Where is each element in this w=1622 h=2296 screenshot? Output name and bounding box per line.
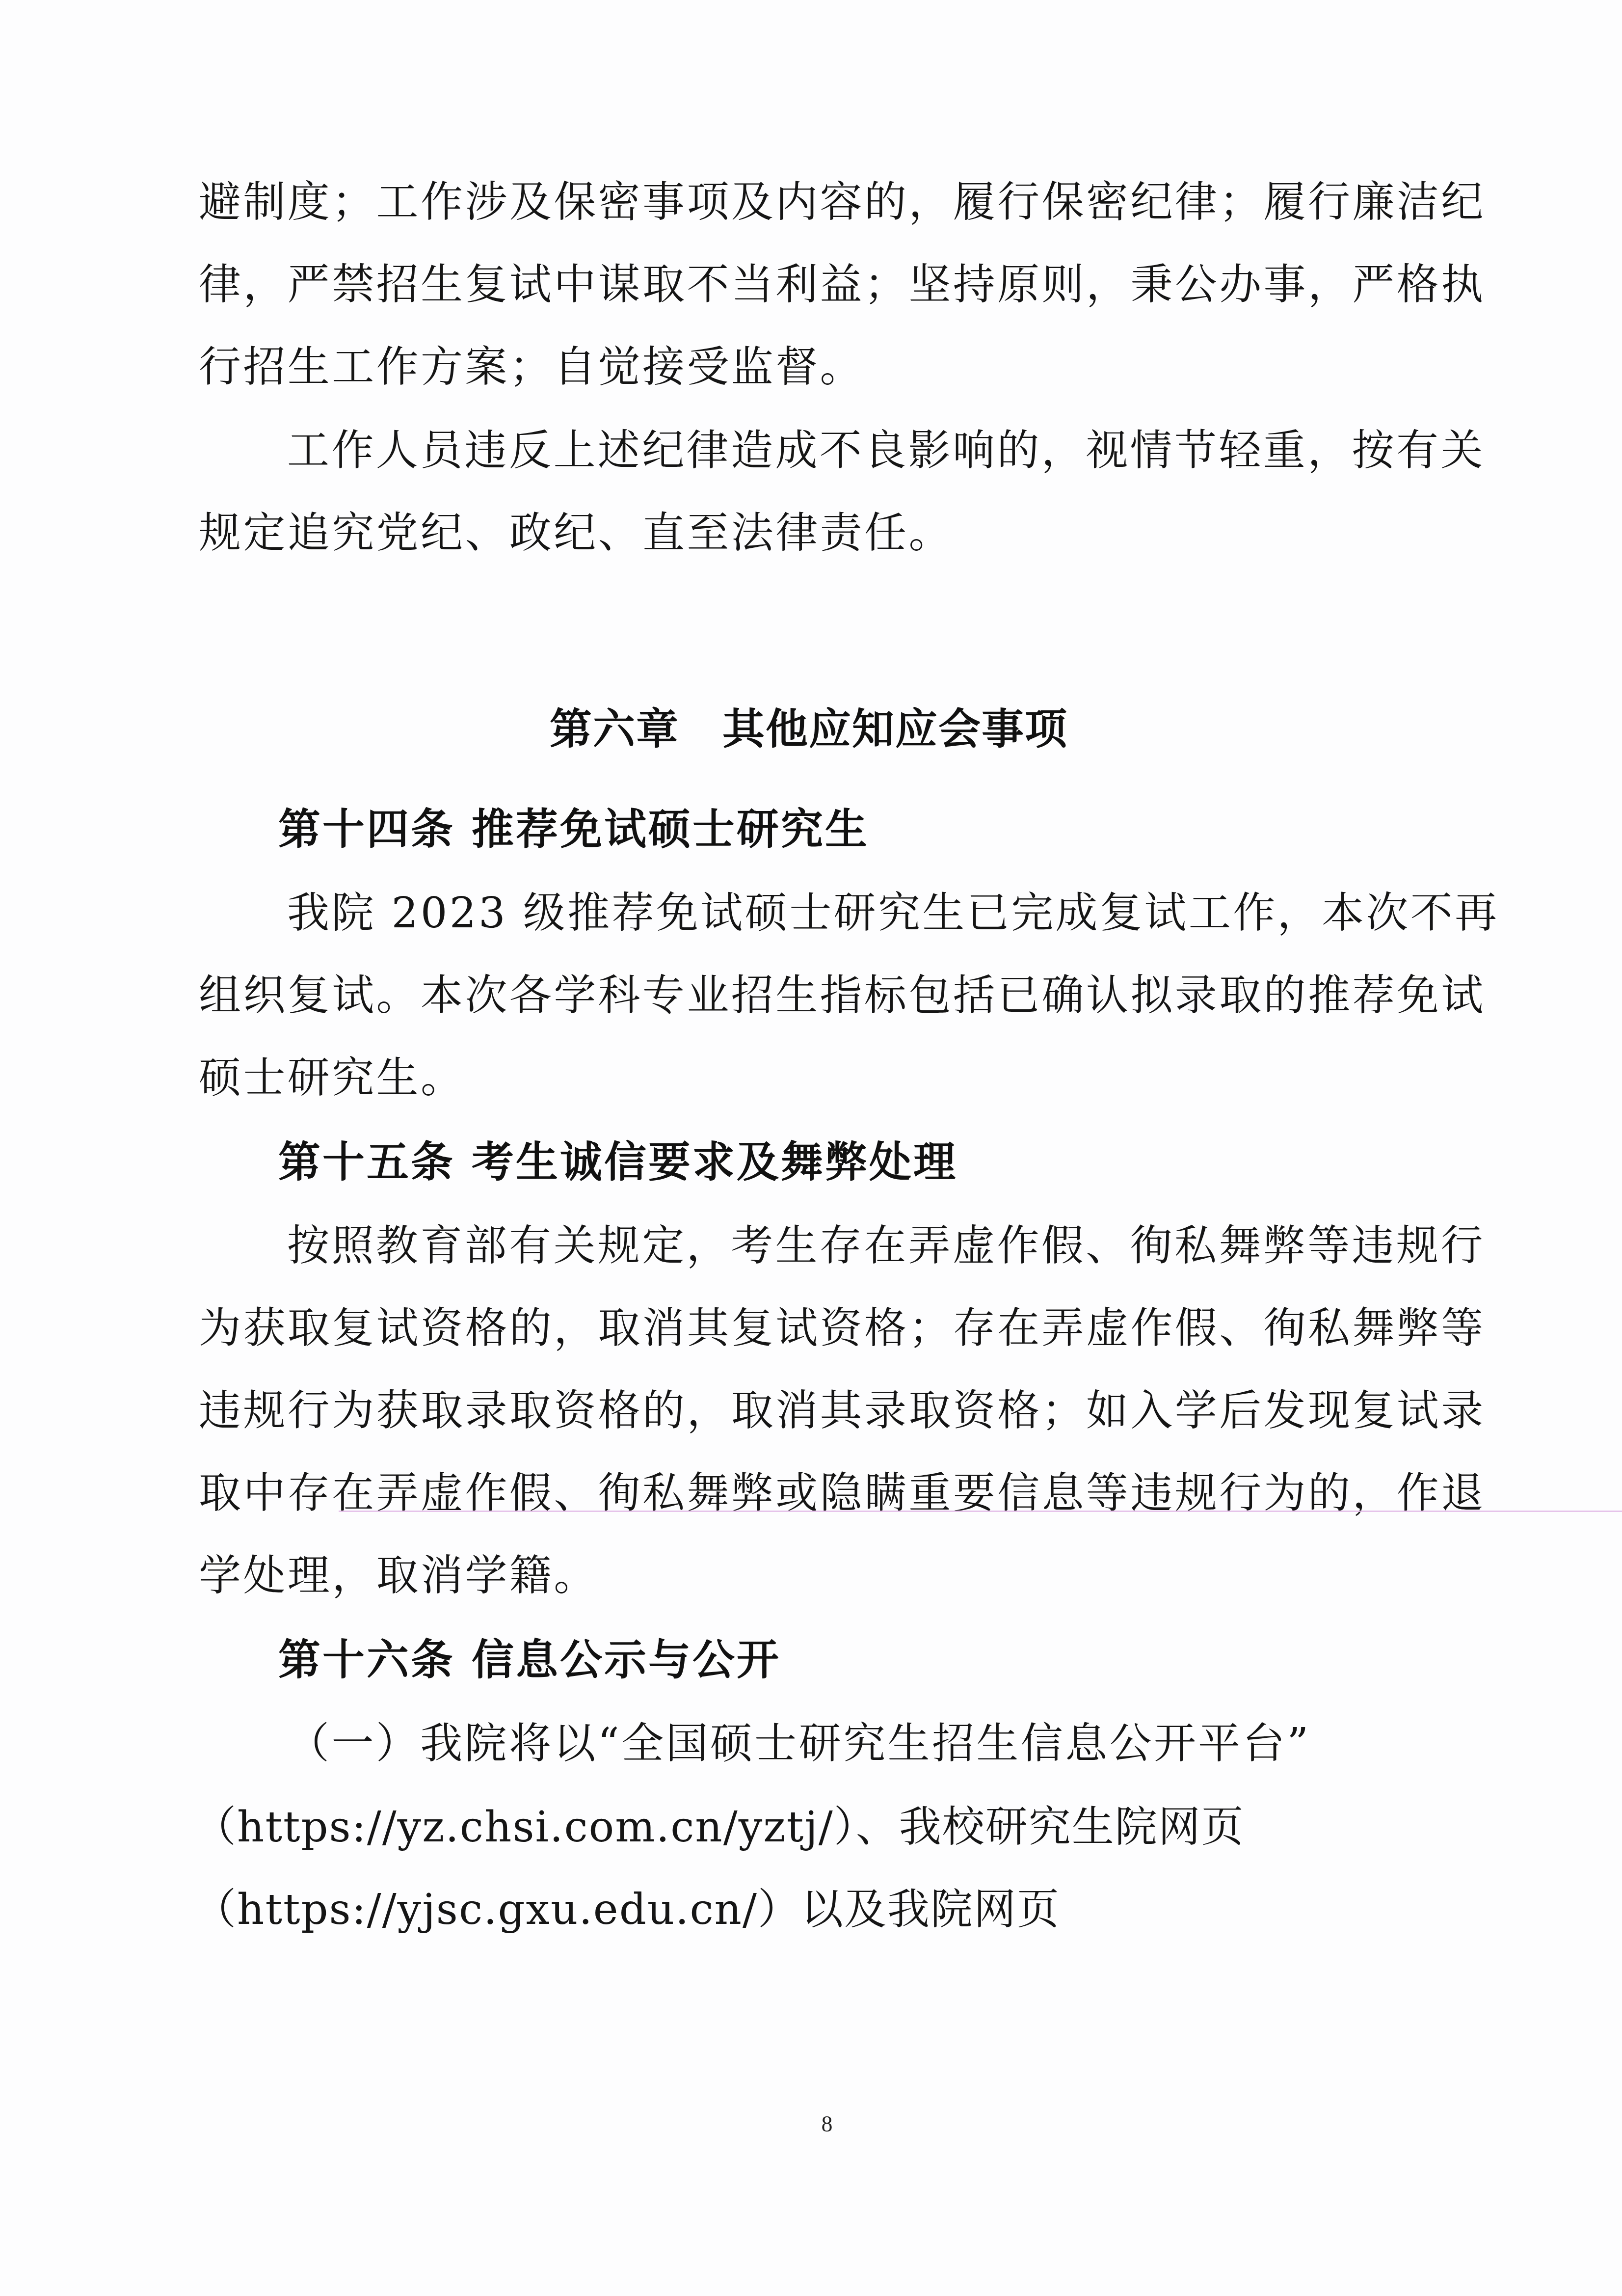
body-text-line: 行招生工作方案；自觉接受监督。 <box>199 343 864 392</box>
body-text-line: 组织复试。本次各学科专业招生指标包括已确认拟录取的推荐免试 <box>199 971 1486 1020</box>
body-text-line: 规定追究党纪、政纪、直至法律责任。 <box>199 509 953 558</box>
article-heading: 第十六条 信息公示与公开 <box>278 1636 781 1685</box>
body-text-line: 学处理，取消学籍。 <box>199 1551 598 1600</box>
body-text-line: 硕士研究生。 <box>199 1053 465 1103</box>
chapter-title: 第六章 其他应知应会事项 <box>550 705 1068 754</box>
body-text-line: 律，严禁招生复试中谋取不当利益；坚持原则，秉公办事，严格执 <box>199 260 1486 309</box>
article-heading: 第十四条 推荐免试硕士研究生 <box>278 805 869 854</box>
page-number: 8 <box>815 2111 839 2137</box>
article-heading: 第十五条 考生诚信要求及舞弊处理 <box>278 1138 957 1187</box>
body-text-line: （一）我院将以“全国硕士研究生招生信息公开平台” <box>287 1719 1311 1768</box>
body-text-line: 为获取复试资格的，取消其复试资格；存在弄虚作假、徇私舞弊等 <box>199 1304 1486 1353</box>
url-text-line: （https://yjsc.gxu.edu.cn/）以及我院网页 <box>194 1885 1060 1934</box>
body-text-line: 违规行为获取录取资格的，取消其录取资格；如入学后发现复试录 <box>199 1386 1486 1435</box>
document-page: 避制度；工作涉及保密事项及内容的，履行保密纪律；履行廉洁纪律，严禁招生复试中谋取… <box>0 0 1622 2296</box>
body-text-line: 工作人员违反上述纪律造成不良影响的，视情节轻重，按有关 <box>287 426 1485 475</box>
scan-artifact-line <box>339 1511 1622 1512</box>
body-text-line: 我院 2023 级推荐免试硕士研究生已完成复试工作，本次不再 <box>287 889 1499 938</box>
url-text-line: （https://yz.chsi.com.cn/yztj/）、我校研究生院网页 <box>194 1803 1245 1852</box>
body-text-line: 按照教育部有关规定，考生存在弄虚作假、徇私舞弊等违规行 <box>287 1221 1485 1270</box>
body-text-line: 避制度；工作涉及保密事项及内容的，履行保密纪律；履行廉洁纪 <box>199 178 1486 227</box>
